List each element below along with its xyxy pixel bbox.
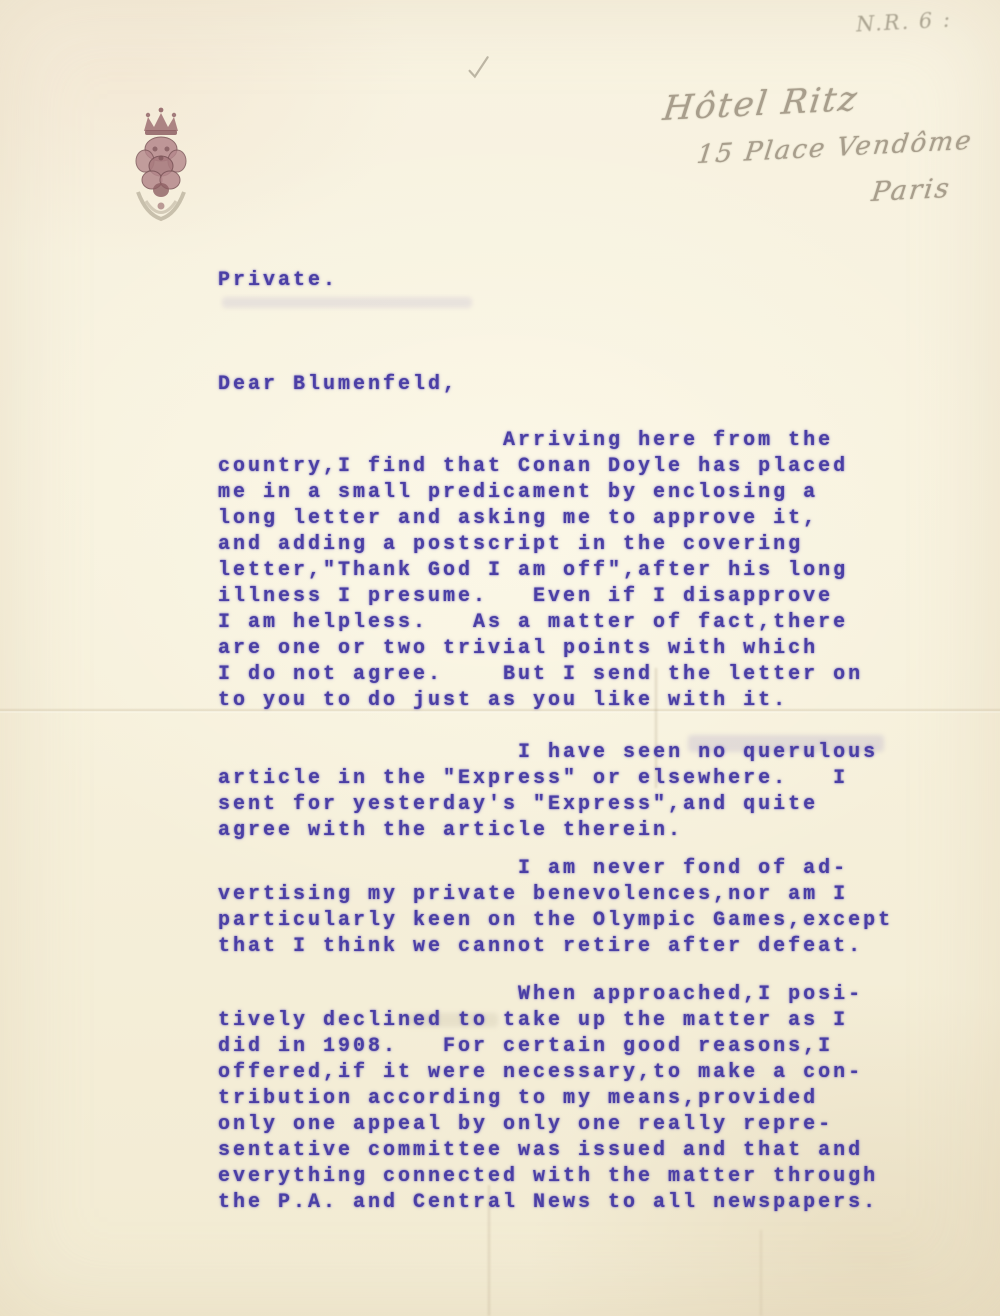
letter-paragraph: When approached,I posi- tively declined … xyxy=(218,982,878,1216)
pencil-reference-note: N.R. 6 : xyxy=(855,8,952,37)
privacy-label: Private. xyxy=(218,268,338,294)
salutation: Dear Blumenfeld, xyxy=(218,372,458,398)
vertical-crease xyxy=(760,1230,762,1316)
letterhead-city: Paris xyxy=(870,173,953,208)
letter-paragraph: Arriving here from the country,I find th… xyxy=(218,428,863,714)
ink-smudge xyxy=(222,297,472,308)
pencil-check-icon xyxy=(464,50,492,86)
letter-paragraph: I have seen no querulous article in the … xyxy=(218,740,878,844)
hotel-crest-icon xyxy=(126,106,196,233)
letter-paragraph: I am never fond of ad- vertising my priv… xyxy=(218,856,893,960)
